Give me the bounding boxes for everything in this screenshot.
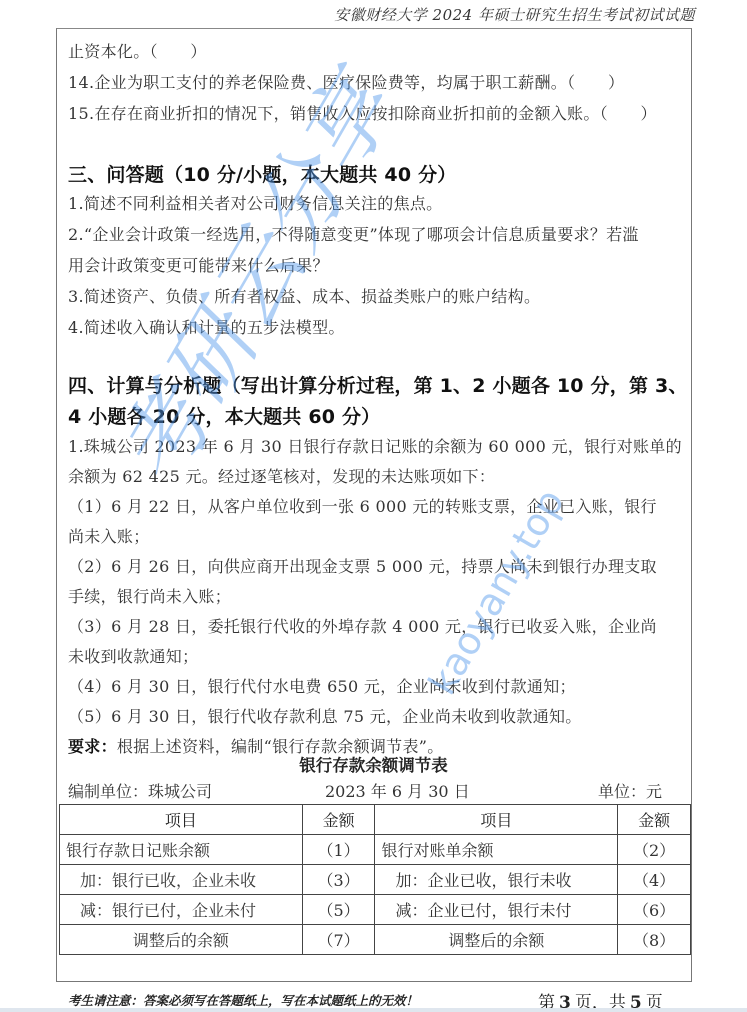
table-row: 加：银行已收，企业未收 （3） 加：企业已收，银行未收 （4） (60, 865, 691, 895)
problem-line: 余额为 62 425 元。经过逐笔核对，发现的未达账项如下： (68, 464, 495, 487)
section3-question-4: 4.简述收入确认和计量的五步法模型。 (68, 315, 345, 338)
header-amount: 金额 (302, 805, 375, 835)
section3-question-1: 1.简述不同利益相关者对公司财务信息关注的焦点。 (68, 191, 442, 214)
problem-item-1: （1）6 月 22 日，从客户单位收到一张 6 000 元的转账支票，企业已入账… (68, 494, 657, 517)
exam-header-title: 安徽财经大学 2024 年硕士研究生招生考试初试试题 (334, 4, 695, 25)
header-amount: 金额 (618, 805, 691, 835)
table-row: 银行存款日记账余额 （1） 银行对账单余额 （2） (60, 835, 691, 865)
section4-heading-cont: 4 小题各 20 分，本大题共 60 分） (68, 402, 380, 429)
reconciliation-table: 项目 金额 项目 金额 银行存款日记账余额 （1） 银行对账单余额 （2） 加：… (59, 804, 691, 955)
tf-question-15: 15.在存在商业折扣的情况下，销售收入应按扣除商业折扣前的金额入账。（ ） (68, 101, 657, 124)
cell-amount: （1） (302, 835, 375, 865)
problem-item-2-cont: 手续，银行尚未入账； (68, 584, 231, 607)
cell-amount: （6） (618, 895, 691, 925)
table-title: 银行存款余额调节表 (0, 752, 747, 776)
cell-amount: （7） (302, 925, 375, 955)
problem-item-5: （5）6 月 30 日，银行代收存款利息 75 元，企业尚未收到收款通知。 (68, 704, 582, 727)
section3-question-2: 2.“企业会计政策一经选用，不得随意变更”体现了哪项会计信息质量要求？若滥 (68, 222, 639, 245)
problem-item-4: （4）6 月 30 日，银行代付水电费 650 元，企业尚未收到付款通知； (68, 674, 576, 697)
cell-amount: （2） (618, 835, 691, 865)
header-item: 项目 (60, 805, 303, 835)
cell-item: 加：企业已收，银行未收 (375, 865, 618, 895)
table-row: 减：银行已付，企业未付 （5） 减：企业已付，银行未付 （6） (60, 895, 691, 925)
problem-item-1-cont: 尚未入账； (68, 524, 150, 547)
problem-item-2: （2）6 月 26 日，向供应商开出现金支票 5 000 元，持票人尚未到银行办… (68, 554, 657, 577)
cell-item: 减：企业已付，银行未付 (375, 895, 618, 925)
cell-item: 调整后的余额 (60, 925, 303, 955)
cell-item: 银行存款日记账余额 (60, 835, 303, 865)
table-header-row: 项目 金额 项目 金额 (60, 805, 691, 835)
cell-amount: （4） (618, 865, 691, 895)
cell-amount: （3） (302, 865, 375, 895)
section3-heading: 三、问答题（10 分/小题，本大题共 40 分） (68, 160, 456, 187)
cell-amount: （8） (618, 925, 691, 955)
table-row: 调整后的余额 （7） 调整后的余额 （8） (60, 925, 691, 955)
tf-question-14: 14.企业为职工支付的养老保险费、医疗保险费等，均属于职工薪酬。（ ） (68, 70, 624, 93)
footer-notice: 考生请注意：答案必须写在答题纸上，写在本试题纸上的无效！ (68, 991, 418, 1009)
problem-line: 1.珠城公司 2023 年 6 月 30 日银行存款日记账的余额为 60 000… (68, 434, 682, 457)
section3-question-2-cont: 用会计政策变更可能带来什么后果？ (68, 253, 329, 276)
table-currency: 单位：元 (598, 779, 662, 802)
cell-item: 银行对账单余额 (375, 835, 618, 865)
table-date: 2023 年 6 月 30 日 (325, 779, 470, 802)
header-item: 项目 (375, 805, 618, 835)
problem-item-3: （3）6 月 28 日，委托银行代收的外埠存款 4 000 元，银行已收妥入账，… (68, 614, 657, 637)
cell-item: 加：银行已收，企业未收 (60, 865, 303, 895)
table-unit-label: 编制单位：珠城公司 (68, 779, 212, 802)
bottom-edge (0, 1008, 747, 1012)
section3-question-3: 3.简述资产、负债、所有者权益、成本、损益类账户的账户结构。 (68, 284, 540, 307)
problem-item-3-cont: 未收到收款通知； (68, 644, 198, 667)
cell-item: 减：银行已付，企业未付 (60, 895, 303, 925)
cell-item: 调整后的余额 (375, 925, 618, 955)
tf-line: 止资本化。（ ） (68, 39, 207, 62)
cell-amount: （5） (302, 895, 375, 925)
section4-heading: 四、计算与分析题（写出计算分析过程，第 1、2 小题各 10 分，第 3、 (68, 371, 688, 398)
